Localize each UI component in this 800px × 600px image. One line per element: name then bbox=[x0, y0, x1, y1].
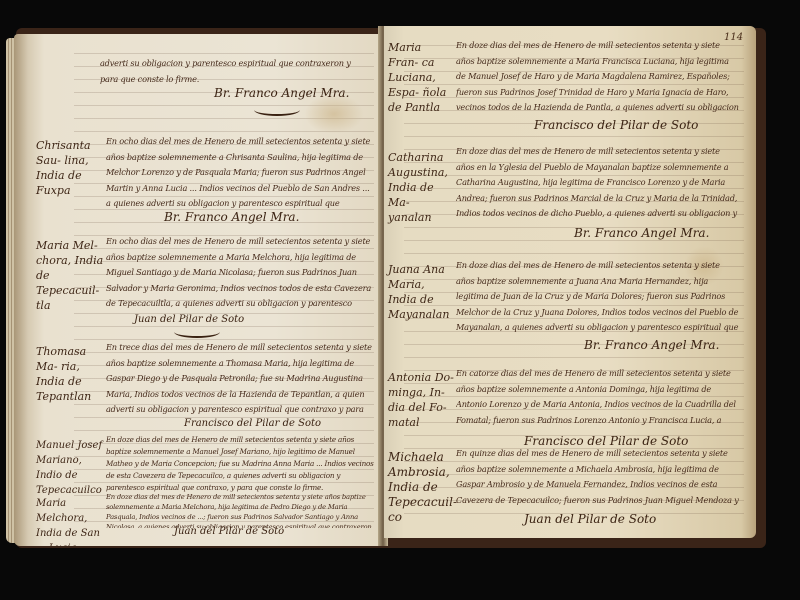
entry-signature: Br. Franco Angel Mra. bbox=[584, 338, 719, 352]
entry-signature: Juan del Pilar de Soto bbox=[524, 512, 656, 526]
open-register-book: adverti su obligacion y parentesco espir… bbox=[6, 18, 766, 548]
entry-margin-name: Michaela Ambrosia, India de Tepecacuil- … bbox=[388, 450, 454, 525]
entry-text: En doze dias del mes de Henero de mill s… bbox=[106, 492, 376, 528]
baptism-entry: Antonia Do- minga, In- dia del Fo- matal… bbox=[384, 366, 756, 456]
entry-text: En trece dias del mes de Henero de mill … bbox=[106, 340, 376, 420]
baptism-entry: Chrisanta Sau- lina, India de Fuxpa En o… bbox=[14, 134, 384, 224]
baptism-entry: Michaela Ambrosia, India de Tepecacuil- … bbox=[384, 446, 756, 538]
entry-margin-name: Thomasa Ma- ria, India de Tepantlan bbox=[36, 344, 106, 404]
entry-text: En ocho dias del mes de Henero de mill s… bbox=[106, 234, 376, 314]
entry-text: En doze dias del mes de Henero de mill s… bbox=[456, 38, 740, 116]
baptism-entry: Juana Ana Maria, India de Mayanalan En d… bbox=[384, 258, 756, 358]
entry-signature: Francisco del Pilar de Soto bbox=[184, 418, 321, 429]
entry-margin-name: Chrisanta Sau- lina, India de Fuxpa bbox=[36, 138, 106, 198]
baptism-entry: Catharina Augustina, India de Ma- yanala… bbox=[384, 144, 756, 244]
left-page: adverti su obligacion y parentesco espir… bbox=[14, 34, 384, 546]
baptism-entry: Maria Mel- chora, India de Tepecacuil- t… bbox=[14, 234, 384, 334]
entry-margin-name: Antonia Do- minga, In- dia del Fo- matal bbox=[388, 370, 454, 430]
baptism-entry: Maria Melchora, India de San ... Lucia E… bbox=[14, 496, 384, 546]
baptism-entry: Maria Fran- ca Luciana, Espa- ñola de Pa… bbox=[384, 38, 756, 133]
entry-signature: Br. Franco Angel Mra. bbox=[574, 226, 709, 240]
entry-text: En catorze dias del mes de Henero de mil… bbox=[456, 366, 740, 430]
rubric-flourish bbox=[254, 104, 300, 116]
entry-margin-name: Maria Mel- chora, India de Tepecacuil- t… bbox=[36, 238, 106, 313]
rubric-flourish bbox=[174, 326, 220, 338]
entry-margin-name: Juana Ana Maria, India de Mayanalan bbox=[388, 262, 454, 322]
entry-text: En doze dias del mes de Henero de mill s… bbox=[106, 434, 376, 496]
signature: Br. Franco Angel Mra. bbox=[214, 86, 349, 100]
entry-margin-name: Maria Melchora, India de San ... Lucia bbox=[36, 496, 106, 546]
entry-signature: Juan del Pilar de Soto bbox=[174, 526, 284, 537]
entry-margin-name: Maria Fran- ca Luciana, Espa- ñola de Pa… bbox=[388, 40, 454, 115]
entry-signature: Juan del Pilar de Soto bbox=[134, 314, 244, 325]
entry-signature: Br. Franco Angel Mra. bbox=[164, 210, 299, 224]
entry-margin-name: Manuel Josef Mariano, Indio de Tepecacui… bbox=[36, 438, 106, 498]
baptism-entry: Thomasa Ma- ria, India de Tepantlan En t… bbox=[14, 340, 384, 440]
entry-text: En doze dias del mes de Henero de mill s… bbox=[456, 258, 740, 338]
entry-text: En doze dias del mes de Henero de mill s… bbox=[456, 144, 740, 224]
entry-text: En quinze dias del mes de Henero de mill… bbox=[456, 446, 740, 510]
continuation-text: adverti su obligacion y parentesco espir… bbox=[100, 56, 370, 87]
baptism-entry: Manuel Josef Mariano, Indio de Tepecacui… bbox=[14, 434, 384, 494]
paper-stain bbox=[304, 94, 364, 134]
entry-signature: Francisco del Pilar de Soto bbox=[534, 118, 698, 132]
right-page: 114 Maria Fran- ca Luciana, Espa- ñola d… bbox=[384, 26, 756, 538]
entry-text: En ocho dias del mes de Henero de mill s… bbox=[106, 134, 376, 214]
entry-margin-name: Catharina Augustina, India de Ma- yanala… bbox=[388, 150, 454, 225]
